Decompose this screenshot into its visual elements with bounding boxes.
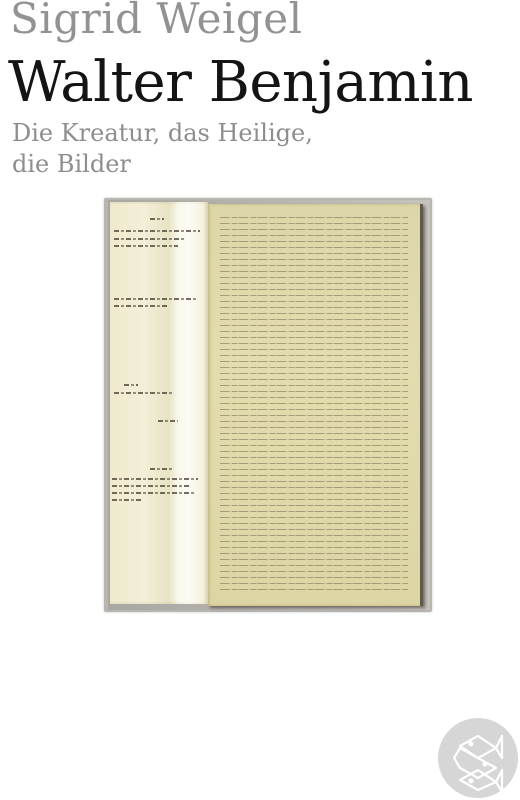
leaf-note [114, 392, 174, 394]
subtitle-line-1: Die Kreatur, das Heilige, [12, 118, 313, 149]
leaf-note [112, 492, 194, 494]
leaf-note [112, 478, 198, 480]
book-title: Walter Benjamin [8, 50, 473, 115]
leaf-note [114, 305, 168, 307]
manuscript-left-leaf [110, 202, 208, 604]
leaf-note [114, 238, 184, 240]
fischer-fish-logo-icon [438, 718, 518, 798]
leaf-note [158, 420, 178, 422]
leaf-note [124, 384, 138, 386]
leaf-fold-highlight [174, 202, 204, 604]
leaf-note [112, 485, 190, 487]
leaf-note [150, 218, 164, 220]
leaf-note [114, 245, 178, 247]
manuscript-right-page [208, 204, 423, 606]
leaf-note [150, 468, 174, 470]
author-name: Sigrid Weigel [10, 0, 303, 43]
subtitle-line-2: die Bilder [12, 149, 313, 180]
book-subtitle: Die Kreatur, das Heilige, die Bilder [12, 118, 313, 180]
leaf-note [114, 298, 198, 300]
publisher-logo [438, 718, 518, 798]
leaf-note [112, 499, 142, 501]
leaf-note [114, 230, 200, 232]
handwritten-text [220, 214, 408, 594]
